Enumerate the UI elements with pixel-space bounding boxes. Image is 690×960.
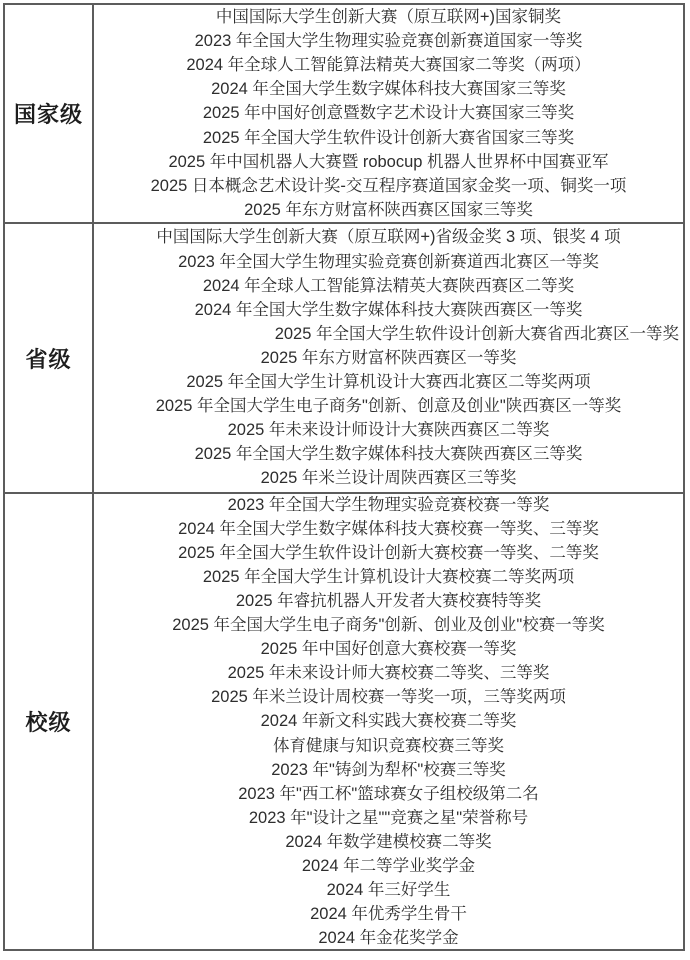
table-row-provincial: 省级 中国国际大学生创新大赛（原互联网+)省级金奖 3 项、银奖 4 项2023… <box>5 222 683 492</box>
award-item: 2024 年数学建模校赛二等奖 <box>97 830 680 854</box>
award-item: 2025 年中国机器人大赛暨 robocup 机器人世界杯中国赛亚军 <box>97 150 680 174</box>
award-item: 2025 年中国好创意大赛校赛一等奖 <box>97 637 680 661</box>
award-item: 2023 年全国大学生物理实验竞赛创新赛道国家一等奖 <box>97 29 680 53</box>
table-row-national: 国家级 中国国际大学生创新大赛（原互联网+)国家铜奖2023 年全国大学生物理实… <box>5 5 683 222</box>
award-item: 体育健康与知识竞赛校赛三等奖 <box>97 734 680 758</box>
row-label-cell-school: 校级 <box>5 494 94 949</box>
award-item: 2023 年"设计之星""竞赛之星"荣誉称号 <box>97 806 680 830</box>
award-item: 2025 年全国大学生软件设计创新大赛省国家三等奖 <box>97 126 680 150</box>
award-item: 2023 年全国大学生物理实验竞赛校赛一等奖 <box>97 493 680 517</box>
awards-table: 国家级 中国国际大学生创新大赛（原互联网+)国家铜奖2023 年全国大学生物理实… <box>3 3 685 951</box>
award-item: 2024 年新文科实践大赛校赛二等奖 <box>97 709 680 733</box>
award-item: 2025 年睿抗机器人开发者大赛校赛特等奖 <box>97 589 680 613</box>
award-item: 2024 年全球人工智能算法精英大赛陕西赛区二等奖 <box>97 274 680 298</box>
award-item: 2024 年全球人工智能算法精英大赛国家二等奖（两项） <box>97 53 680 77</box>
award-item: 2024 年优秀学生骨干 <box>97 902 680 926</box>
award-item: 2025 年米兰设计周校赛一等奖一项，三等奖两项 <box>97 685 680 709</box>
row-label-cell-national: 国家级 <box>5 5 94 222</box>
award-item: 2025 年全国大学生数字媒体科技大赛陕西赛区三等奖 <box>97 442 680 466</box>
award-item: 中国国际大学生创新大赛（原互联网+)省级金奖 3 项、银奖 4 项 <box>97 225 680 249</box>
award-item: 2025 年全国大学生软件设计创新大赛校赛一等奖、二等奖 <box>97 541 680 565</box>
row-label-cell-provincial: 省级 <box>5 224 94 492</box>
award-item: 2025 年米兰设计周陕西赛区三等奖 <box>97 466 680 490</box>
table-row-school: 校级 2023 年全国大学生物理实验竞赛校赛一等奖2024 年全国大学生数字媒体… <box>5 492 683 949</box>
award-item: 2023 年全国大学生物理实验竞赛创新赛道西北赛区一等奖 <box>97 250 680 274</box>
award-item: 2025 年全国大学生计算机设计大赛校赛二等奖两项 <box>97 565 680 589</box>
award-item: 2025 年全国大学生电子商务"创新、创业及创业"校赛一等奖 <box>97 613 680 637</box>
award-item: 2025 年东方财富杯陕西赛区一等奖 <box>97 346 680 370</box>
award-item: 中国国际大学生创新大赛（原互联网+)国家铜奖 <box>97 5 680 29</box>
award-item: 2024 年全国大学生数字媒体科技大赛国家三等奖 <box>97 77 680 101</box>
award-item: 2023 年"西工杯"篮球赛女子组校级第二名 <box>97 782 680 806</box>
award-item: 2025 年全国大学生软件设计创新大赛省西北赛区一等奖 <box>97 322 680 346</box>
award-item: 2025 年东方财富杯陕西赛区国家三等奖 <box>97 198 680 222</box>
award-item: 2025 年全国大学生计算机设计大赛西北赛区二等奖两项 <box>97 370 680 394</box>
award-item: 2025 年全国大学生电子商务"创新、创意及创业"陕西赛区一等奖 <box>97 394 680 418</box>
award-item: 2025 年中国好创意暨数字艺术设计大赛国家三等奖 <box>97 101 680 125</box>
row-label-national: 国家级 <box>14 98 83 129</box>
award-item: 2024 年金花奖学金 <box>97 926 680 950</box>
award-item: 2024 年全国大学生数字媒体科技大赛陕西赛区一等奖 <box>97 298 680 322</box>
award-item: 2025 年未来设计师大赛校赛二等奖、三等奖 <box>97 661 680 685</box>
award-list-national: 中国国际大学生创新大赛（原互联网+)国家铜奖2023 年全国大学生物理实验竞赛创… <box>94 5 683 222</box>
row-label-provincial: 省级 <box>25 343 71 374</box>
award-item: 2025 年未来设计师设计大赛陕西赛区二等奖 <box>97 418 680 442</box>
award-item: 2023 年"铸剑为犁杯"校赛三等奖 <box>97 758 680 782</box>
award-list-provincial: 中国国际大学生创新大赛（原互联网+)省级金奖 3 项、银奖 4 项2023 年全… <box>94 224 683 492</box>
award-item: 2024 年三好学生 <box>97 878 680 902</box>
award-item: 2024 年全国大学生数字媒体科技大赛校赛一等奖、三等奖 <box>97 517 680 541</box>
award-list-school: 2023 年全国大学生物理实验竞赛校赛一等奖2024 年全国大学生数字媒体科技大… <box>94 494 683 949</box>
row-label-school: 校级 <box>25 706 71 737</box>
award-item: 2024 年二等学业奖学金 <box>97 854 680 878</box>
award-item: 2025 日本概念艺术设计奖-交互程序赛道国家金奖一项、铜奖一项 <box>97 174 680 198</box>
